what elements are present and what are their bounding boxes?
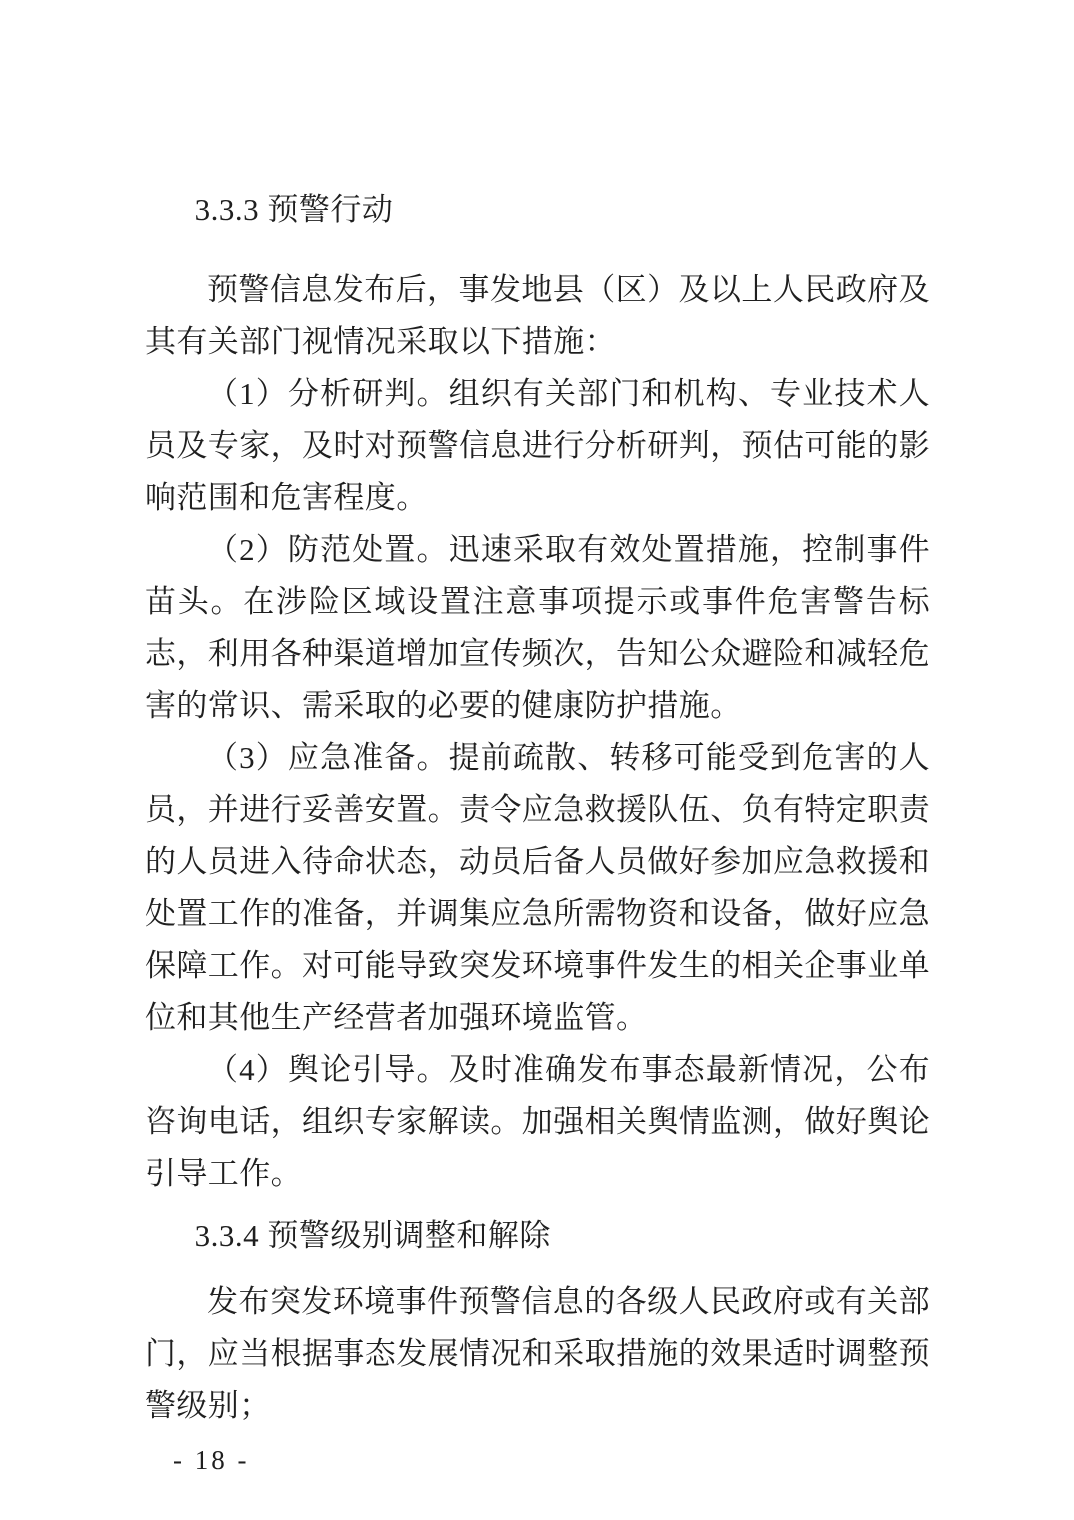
paragraph-item-4-public-opinion: （4）舆论引导。及时准确发布事态最新情况，公布咨询电话，组织专家解读。加强相关舆…	[145, 1044, 930, 1200]
section-heading-3-3-3: 3.3.3 预警行动	[145, 184, 930, 236]
section-heading-3-3-4: 3.3.4 预警级别调整和解除	[145, 1210, 930, 1262]
page-number: - 18 -	[145, 1440, 930, 1480]
paragraph-warning-level-adjustment: 发布突发环境事件预警信息的各级人民政府或有关部门，应当根据事态发展情况和采取措施…	[145, 1276, 930, 1432]
document-page: 3.3.3 预警行动 预警信息发布后，事发地县（区）及以上人民政府及其有关部门视…	[0, 0, 1074, 1520]
paragraph-item-3-emergency-preparation: （3）应急准备。提前疏散、转移可能受到危害的人员，并进行妥善安置。责令应急救援队…	[145, 732, 930, 1044]
paragraph-item-1-analysis: （1）分析研判。组织有关部门和机构、专业技术人员及专家，及时对预警信息进行分析研…	[145, 368, 930, 524]
paragraph-item-2-prevention: （2）防范处置。迅速采取有效处置措施，控制事件苗头。在涉险区域设置注意事项提示或…	[145, 524, 930, 732]
paragraph-warning-actions-intro: 预警信息发布后，事发地县（区）及以上人民政府及其有关部门视情况采取以下措施：	[145, 264, 930, 368]
